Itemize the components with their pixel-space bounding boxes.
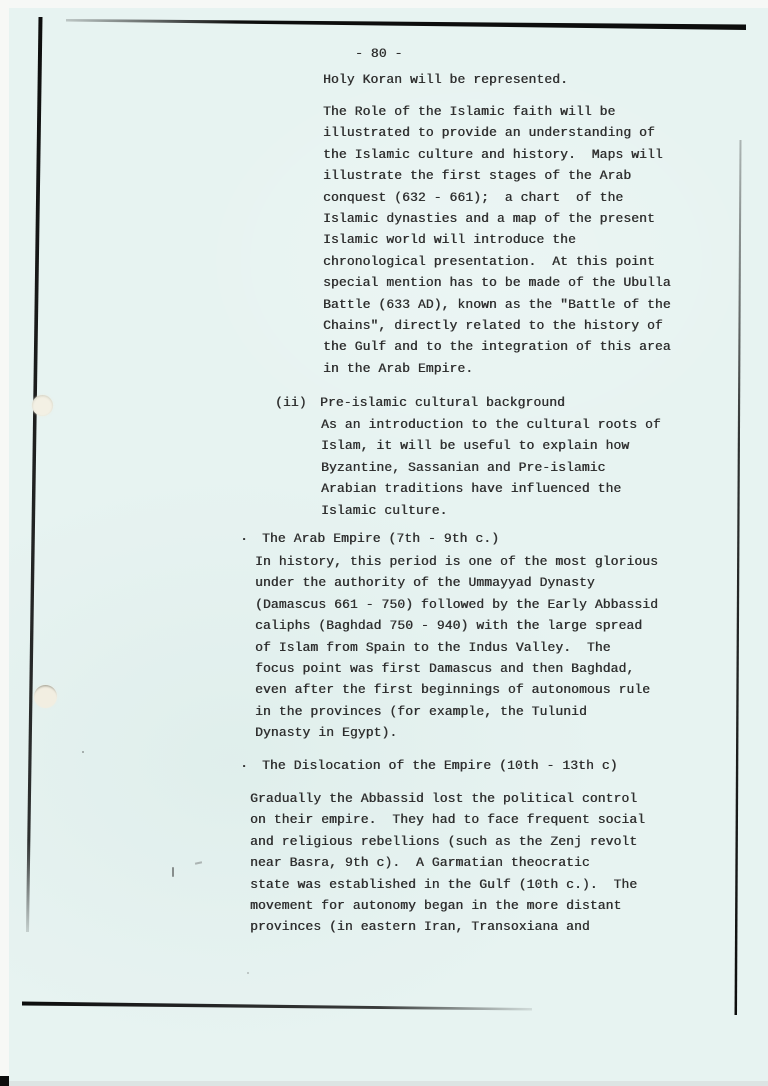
heading-pre-islamic-background: Pre-islamic cultural background bbox=[320, 392, 565, 413]
intro-line: Holy Koran will be represented. bbox=[323, 69, 568, 90]
scanned-document-page: - 80 - Holy Koran will be represented. T… bbox=[0, 0, 768, 1086]
paragraph-arab-empire: In history, this period is one of the mo… bbox=[255, 551, 658, 744]
scan-line-right bbox=[735, 140, 742, 1015]
binder-line-left bbox=[26, 17, 43, 932]
scan-line-bottom bbox=[22, 1002, 532, 1011]
heading-dislocation-of-empire: The Dislocation of the Empire (10th - 13… bbox=[262, 755, 618, 776]
corner-mark bbox=[0, 1076, 9, 1086]
paper-speck bbox=[82, 751, 84, 753]
paper-speck bbox=[247, 972, 249, 974]
scan-line-top bbox=[66, 19, 746, 30]
paragraph-role-of-islamic-faith: The Role of the Islamic faith will be il… bbox=[323, 101, 671, 379]
heading-arab-empire: The Arab Empire (7th - 9th c.) bbox=[262, 528, 499, 549]
paragraph-dislocation-of-empire: Gradually the Abbassid lost the politica… bbox=[250, 788, 645, 938]
bullet-marker: . bbox=[240, 753, 248, 774]
page-number: - 80 - bbox=[355, 43, 402, 64]
pen-mark bbox=[172, 867, 174, 877]
punch-hole-upper bbox=[32, 395, 53, 416]
paragraph-pre-islamic-background: As an introduction to the cultural roots… bbox=[321, 414, 661, 521]
punch-hole-lower bbox=[34, 685, 57, 708]
list-marker-ii: (ii) bbox=[275, 392, 307, 413]
bullet-marker: . bbox=[240, 526, 248, 547]
